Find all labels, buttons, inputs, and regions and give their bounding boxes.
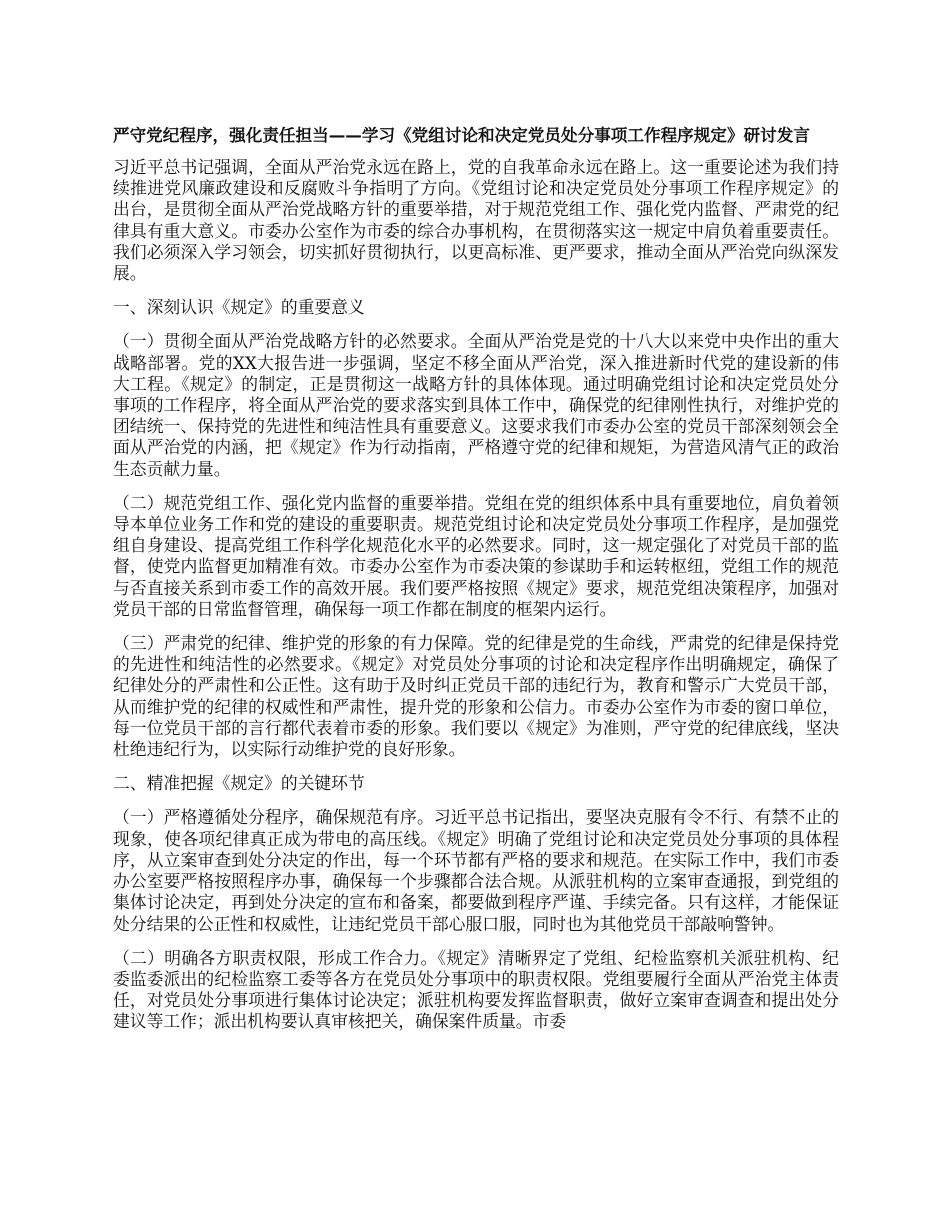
- document-title: 严守党纪程序，强化责任担当——学习《党组讨论和决定党员处分事项工作程序规定》研讨…: [113, 125, 839, 146]
- section-1-paragraph-3: （三）严肃党的纪律、维护党的形象的有力保障。党的纪律是党的生命线，严肃党的纪律是…: [113, 633, 839, 760]
- intro-paragraph: 习近平总书记强调，全面从严治党永远在路上，党的自我革命永远在路上。这一重要论述为…: [113, 157, 839, 284]
- section-1-paragraph-1: （一）贯彻全面从严治党战略方针的必然要求。全面从严治党是党的十八大以来党中央作出…: [113, 331, 839, 479]
- section-heading-2: 二、精准把握《规定》的关键环节: [113, 773, 839, 794]
- section-2-paragraph-2: （二）明确各方职责权限，形成工作合力。《规定》清晰界定了党组、纪检监察机关派驻机…: [113, 948, 839, 1033]
- section-heading-1: 一、深刻认识《规定》的重要意义: [113, 297, 839, 318]
- document-page: 严守党纪程序，强化责任担当——学习《党组讨论和决定党员处分事项工作程序规定》研讨…: [113, 125, 839, 1046]
- section-2-paragraph-1: （一）严格遵循处分程序，确保规范有序。习近平总书记指出，要坚决克服有令不行、有禁…: [113, 807, 839, 934]
- section-1-paragraph-2: （二）规范党组工作、强化党内监督的重要举措。党组在党的组织体系中具有重要地位，肩…: [113, 493, 839, 620]
